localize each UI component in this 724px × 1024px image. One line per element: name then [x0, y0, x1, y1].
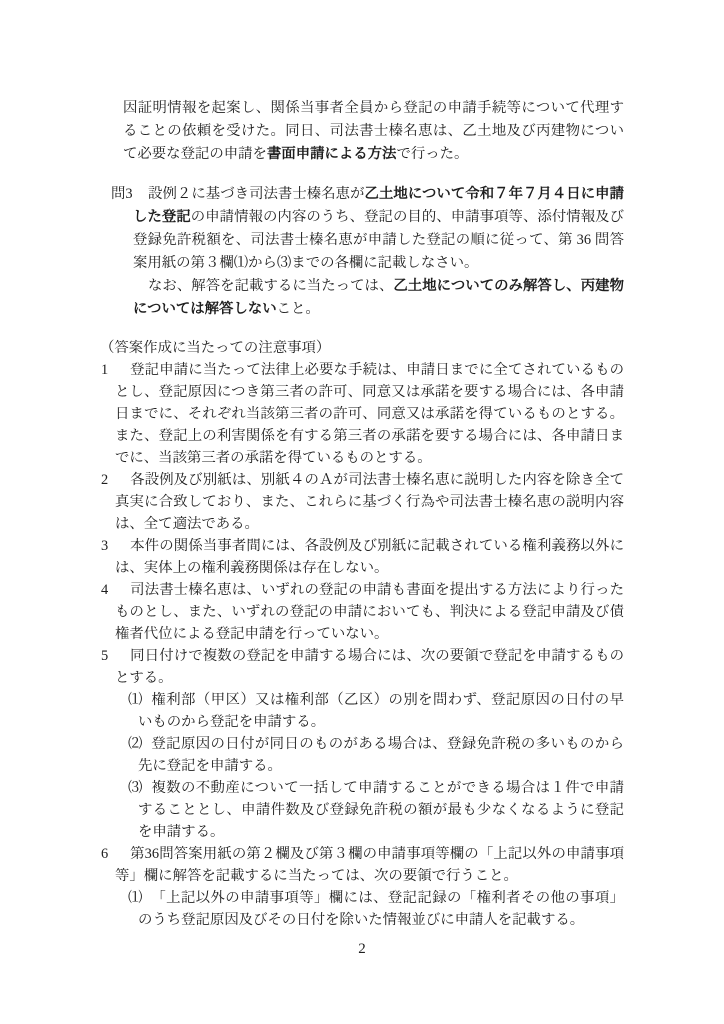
note-item-5: 5同日付けで複数の登記を申請する場合には、次の要領で登記を申請するものとする。 — [100, 645, 624, 689]
question-3-text-end: の申請情報の内容のうち、登記の目的、申請事項等、添付情報及び登録免許税額を、司法… — [133, 209, 624, 271]
note-item-5-sub-2-text: 登記原因の日付が同日のものがある場合は、登録免許税の多いものから先に登記を申請す… — [138, 736, 624, 774]
note-item-1-text: 登記申請に当たって法律上必要な手続は、申請日までに全てされているものとし、登記原… — [115, 362, 624, 466]
note-item-5-sub-3: ⑶複数の不動産について一括して申請することができる場合は１件で申請することとし、… — [100, 777, 624, 843]
note-item-5-sub-2: ⑵登記原因の日付が同日のものがある場合は、登録免許税の多いものから先に登記を申請… — [100, 733, 624, 777]
intro-paragraph: 因証明情報を起案し、関係当事者全員から登記の申請手続等について代理することの依頼… — [100, 97, 624, 166]
note-item-5-sub-3-text: 複数の不動産について一括して申請することができる場合は１件で申請することとし、申… — [138, 780, 624, 840]
note-item-6-text: 第36問答案用紙の第２欄及び第３欄の申請事項等欄の「上記以外の申請事項等」欄に解… — [115, 846, 624, 884]
note-item-4-number: 4 — [101, 579, 130, 601]
question-3-block: 問3設例２に基づき司法書士榛名恵が乙土地について令和７年７月４日に申請した登記の… — [100, 183, 624, 321]
question-3-label: 問3 — [111, 183, 148, 206]
note-item-6: 6第36問答案用紙の第２欄及び第３欄の申請事項等欄の「上記以外の申請事項等」欄に… — [100, 843, 624, 887]
note-item-3-text: 本件の関係当事者間には、各設例及び別紙に記載されている権利義務以外には、実体上の… — [115, 538, 624, 576]
intro-bold-emphasis: 書面申請による方法 — [267, 146, 397, 162]
note-item-6-number: 6 — [101, 843, 130, 865]
answer-notes-section: （答案作成に当たっての注意事項） 1登記申請に当たって法律上必要な手続は、申請日… — [100, 337, 624, 931]
note-item-5-text: 同日付けで複数の登記を申請する場合には、次の要領で登記を申請するものとする。 — [115, 648, 624, 686]
note-item-2-text: 各設例及び別紙は、別紙４のＡが司法書士榛名恵に説明した内容を除き全て真実に合致し… — [115, 472, 624, 532]
note-item-3-number: 3 — [101, 535, 130, 557]
note-item-2-number: 2 — [101, 469, 130, 491]
note-item-5-sub-2-marker: ⑵ — [128, 733, 151, 755]
intro-text-end: で行った。 — [396, 146, 468, 162]
note-item-5-sub-1: ⑴権利部（甲区）又は権利部（乙区）の別を問わず、登記原因の日付の早いものから登記… — [100, 689, 624, 733]
note-item-3: 3本件の関係当事者間には、各設例及び別紙に記載されている権利義務以外には、実体上… — [100, 535, 624, 579]
answer-notes-header: （答案作成に当たっての注意事項） — [100, 337, 624, 359]
note-item-5-number: 5 — [101, 645, 130, 667]
question-3-note-start: なお、解答を記載するに当たっては、 — [148, 278, 393, 294]
note-item-2: 2各設例及び別紙は、別紙４のＡが司法書士榛名恵に説明した内容を除き全て真実に合致… — [100, 469, 624, 535]
note-item-6-sub-1-marker: ⑴ — [128, 887, 151, 909]
question-3-body: 問3設例２に基づき司法書士榛名恵が乙土地について令和７年７月４日に申請した登記の… — [100, 183, 624, 275]
question-3-note: なお、解答を記載するに当たっては、乙土地についてのみ解答し、丙建物については解答… — [100, 275, 624, 321]
question-3-text-start: 設例２に基づき司法書士榛名恵が — [148, 186, 365, 202]
note-item-5-sub-3-marker: ⑶ — [128, 777, 151, 799]
note-item-6-sub-1: ⑴「上記以外の申請事項等」欄には、登記記録の「権利者その他の事項」のうち登記原因… — [100, 887, 624, 931]
page-content: 因証明情報を起案し、関係当事者全員から登記の申請手続等について代理することの依頼… — [100, 97, 624, 931]
note-item-1-number: 1 — [101, 359, 130, 381]
note-item-4: 4司法書士榛名恵は、いずれの登記の申請も書面を提出する方法により行ったものとし、… — [100, 579, 624, 645]
page-number: 2 — [0, 941, 724, 958]
note-item-6-sub-1-text: 「上記以外の申請事項等」欄には、登記記録の「権利者その他の事項」のうち登記原因及… — [138, 890, 624, 928]
question-3-note-end: こと。 — [277, 301, 320, 317]
note-item-1: 1登記申請に当たって法律上必要な手続は、申請日までに全てされているものとし、登記… — [100, 359, 624, 469]
note-item-4-text: 司法書士榛名恵は、いずれの登記の申請も書面を提出する方法により行ったものとし、ま… — [115, 582, 624, 642]
exam-document-page: 因証明情報を起案し、関係当事者全員から登記の申請手続等について代理することの依頼… — [0, 0, 724, 1024]
note-item-5-sub-1-text: 権利部（甲区）又は権利部（乙区）の別を問わず、登記原因の日付の早いものから登記を… — [138, 692, 624, 730]
note-item-5-sub-1-marker: ⑴ — [128, 689, 151, 711]
